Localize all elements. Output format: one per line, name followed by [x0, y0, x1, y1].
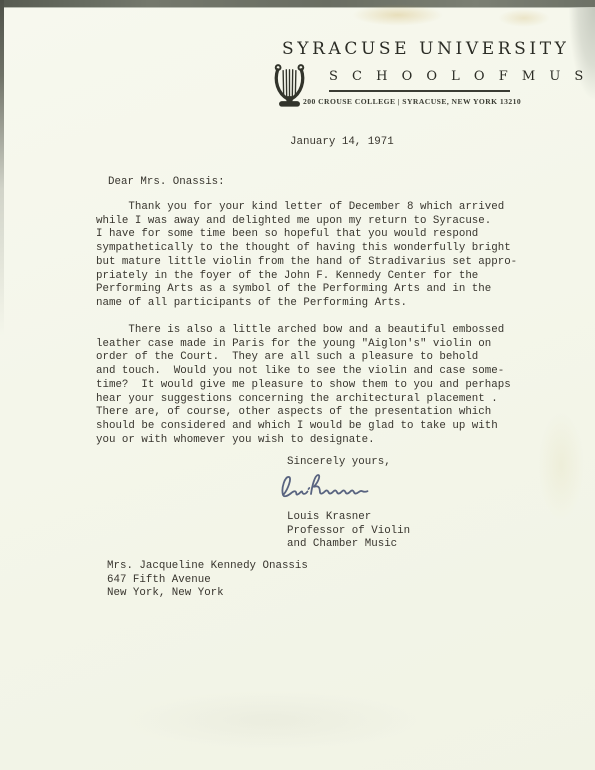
letterhead-university-name: SYRACUSE UNIVERSITY — [282, 41, 569, 58]
letterhead-school-name: S C H O O L O F M U S I C — [329, 70, 595, 83]
scan-corner-shadow — [569, 7, 595, 99]
body-paragraph: Thank you for your kind letter of Decemb… — [96, 201, 526, 311]
body-paragraph: There is also a little arched bow and a … — [96, 324, 526, 447]
scan-edge-top — [0, 0, 595, 8]
signer-block: Louis Krasner Professor of Violin and Ch… — [287, 511, 410, 552]
paper-stain — [498, 9, 550, 27]
paper-stain — [352, 4, 444, 26]
paper-stain — [538, 410, 584, 520]
letterhead-address: 200 CROUSE COLLEGE | SYRACUSE, NEW YORK … — [303, 97, 521, 106]
handwritten-signature — [278, 468, 396, 508]
letterhead-rule — [329, 90, 510, 92]
scanned-letter-page: SYRACUSE UNIVERSITY S C H O O L O F M U … — [0, 0, 595, 770]
salutation: Dear Mrs. Onassis: — [108, 176, 225, 190]
paper-stain — [120, 690, 420, 750]
recipient-address-block: Mrs. Jacqueline Kennedy Onassis 647 Fift… — [107, 560, 308, 601]
scan-edge-left — [0, 0, 4, 420]
letter-date: January 14, 1971 — [290, 136, 394, 150]
